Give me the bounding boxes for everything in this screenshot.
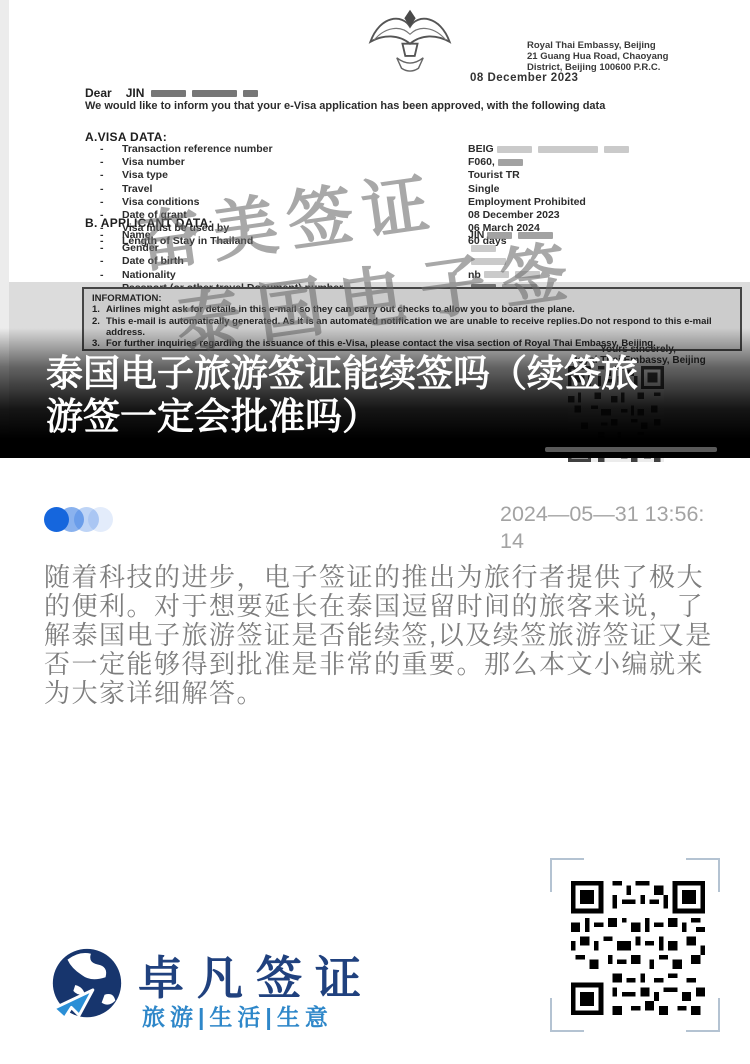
row-value-text: JIN — [468, 229, 484, 241]
table-row: -Transaction reference numberBEIG — [100, 143, 740, 156]
embassy-address: Royal Thai Embassy, Beijing 21 Guang Hua… — [527, 40, 668, 73]
bullet-dash: - — [100, 229, 122, 242]
article-paragraph: 随着科技的进步，电子签证的推出为旅行者提供了极大的便利。对于想要延长在泰国逗留时… — [44, 563, 716, 708]
letter-date: 08 December 2023 — [470, 72, 578, 84]
applicant-data-heading: B. APPLICANT DATA: — [85, 216, 213, 230]
row-value-text: nb — [468, 269, 481, 281]
bullet-dash: - — [100, 183, 122, 196]
table-row: -Visa conditionsEmployment Prohibited — [100, 196, 740, 209]
row-value-text: F060, — [468, 156, 495, 168]
garuda-emblem-icon — [362, 6, 458, 72]
bullet-dash: - — [100, 169, 122, 182]
table-row: -TravelSingle — [100, 183, 740, 196]
redaction-block — [498, 159, 523, 166]
row-label: Name — [122, 229, 468, 242]
redaction-block — [487, 232, 512, 239]
bullet-dash: - — [100, 156, 122, 169]
article-page: Royal Thai Embassy, Beijing 21 Guang Hua… — [0, 0, 750, 1064]
row-value — [468, 255, 740, 268]
visa-data-heading: A.VISA DATA: — [85, 130, 167, 144]
information-heading: INFORMATION: — [92, 293, 732, 304]
redaction-block — [518, 232, 553, 239]
address-line: 21 Guang Hua Road, Chaoyang — [527, 51, 668, 62]
row-value: F060, — [468, 156, 740, 169]
row-label: Gender — [122, 242, 468, 255]
table-row: -Gender — [100, 242, 740, 255]
row-label: Visa type — [122, 169, 468, 182]
table-row: -Date of birth — [100, 255, 740, 268]
row-value: Employment Prohibited — [468, 196, 740, 209]
information-item: 1.Airlines might ask for details in this… — [92, 304, 732, 315]
row-label: Transaction reference number — [122, 143, 468, 156]
redaction-block — [538, 146, 598, 153]
row-value — [468, 242, 740, 255]
row-label: Travel — [122, 183, 468, 196]
item-text: Airlines might ask for details in this e… — [106, 304, 732, 315]
bullet-dash: - — [100, 143, 122, 156]
qr-caption-blur — [545, 447, 717, 452]
redaction-block — [515, 271, 540, 278]
bullet-dash: - — [100, 242, 122, 255]
brand-tagline: 旅游|生活|生意 — [142, 999, 333, 1032]
applicant-first-name: JIN — [126, 86, 145, 100]
redaction-block — [192, 90, 237, 97]
row-label: Visa conditions — [122, 196, 468, 209]
redaction-block — [484, 271, 509, 278]
row-value: JIN — [468, 229, 740, 242]
page-title: 泰国电子旅游签证能续签吗（续签旅游签一定会批准吗） — [46, 352, 666, 438]
table-row: -Visa typeTourist TR — [100, 169, 740, 182]
dot-icon — [44, 507, 69, 532]
address-line: Royal Thai Embassy, Beijing — [527, 40, 668, 51]
table-row: -Nationalitynb — [100, 269, 740, 282]
row-value: nb — [468, 269, 740, 282]
row-value: Single — [468, 183, 740, 196]
bullet-dash: - — [100, 269, 122, 282]
salutation: DearJIN — [85, 86, 261, 100]
row-label: Nationality — [122, 269, 468, 282]
row-value: Tourist TR — [468, 169, 740, 182]
table-row: -Visa numberF060, — [100, 156, 740, 169]
row-label: Date of birth — [122, 255, 468, 268]
item-number: 1. — [92, 304, 106, 315]
publish-timestamp: 2024—05—31 13:56:14 — [500, 501, 714, 555]
redaction-block — [497, 146, 532, 153]
redaction-block — [471, 245, 496, 252]
salutation-word: Dear — [85, 86, 112, 100]
row-value-text: BEIG — [468, 143, 494, 155]
bullet-dash: - — [100, 196, 122, 209]
table-row: -NameJIN — [100, 229, 740, 242]
evisa-document-image[interactable]: Royal Thai Embassy, Beijing 21 Guang Hua… — [0, 0, 750, 458]
redaction-block — [151, 90, 186, 97]
bullet-dash: - — [100, 255, 122, 268]
row-value: 08 December 2023 — [468, 209, 740, 222]
approval-intro-text: We would like to inform you that your e-… — [85, 100, 685, 113]
row-label: Visa number — [122, 156, 468, 169]
redaction-block — [243, 90, 258, 97]
blue-dots-decoration — [44, 507, 124, 533]
redaction-block — [471, 258, 506, 265]
row-value: BEIG — [468, 143, 740, 156]
redaction-block — [604, 146, 629, 153]
qr-code — [571, 881, 705, 1015]
brand-globe-plane-icon — [46, 944, 128, 1028]
